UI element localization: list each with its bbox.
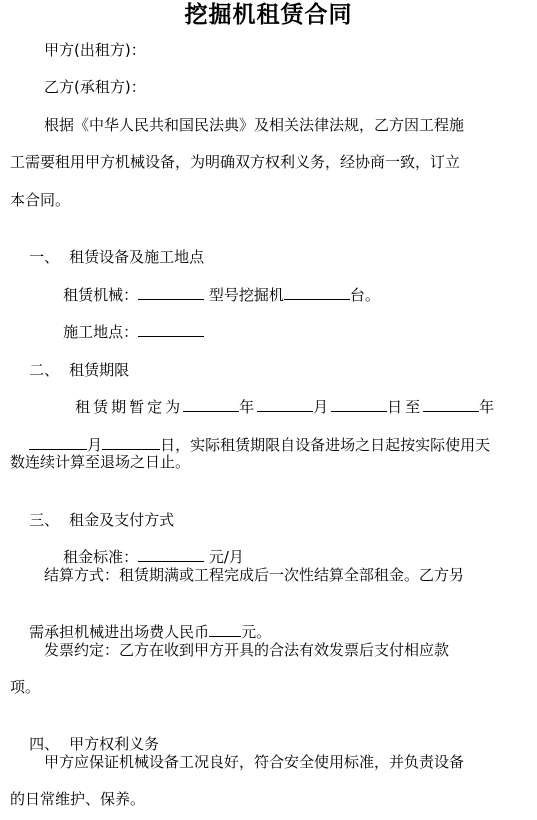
invoice-line-1: 发票约定：乙方在收到甲方开具的合法有效发票后支付相应款: [44, 640, 449, 660]
period-line-3: 数连续计算至退场之日止。: [10, 452, 190, 472]
preamble-line-1: 根据《中华人民共和国民法典》及相关法律法规，乙方因工程施: [44, 115, 464, 135]
section-4-number: 四、: [29, 735, 59, 753]
invoice-line-2: 项。: [10, 677, 40, 697]
unit-label: 台。: [350, 286, 380, 304]
preamble-line-3: 本合同。: [10, 190, 70, 210]
start-year-blank[interactable]: [183, 397, 239, 412]
model-label: 型号挖掘机: [209, 286, 284, 304]
rent-blank[interactable]: [138, 547, 204, 562]
settlement-fee-label: 需承担机械进出场费人民币: [29, 623, 209, 641]
site-label: 施工地点：: [63, 323, 138, 341]
quantity-blank[interactable]: [284, 285, 350, 300]
year-label: 年: [239, 398, 257, 416]
fee-blank[interactable]: [209, 622, 241, 637]
start-day-blank[interactable]: [331, 397, 387, 412]
fee-unit: 元。: [241, 623, 271, 641]
start-month-blank[interactable]: [257, 397, 313, 412]
rent-label: 租金标准：: [63, 548, 138, 566]
settlement-line-1: 结算方式：租赁期满或工程完成后一次性结算全部租金。乙方另: [44, 565, 464, 585]
year2-label: 年: [479, 398, 497, 416]
end-month-blank[interactable]: [29, 435, 87, 450]
party-a-label: 甲方(出租方)：: [44, 40, 146, 60]
section-1-number: 一、: [29, 248, 59, 266]
rent-unit: 元/月: [209, 548, 244, 566]
end-year-blank[interactable]: [423, 397, 479, 412]
document-title: 挖掘机租赁合同: [0, 0, 537, 29]
duty-line-2: 的日常维护、保养。: [10, 789, 145, 809]
end-day-blank[interactable]: [102, 435, 160, 450]
section-4-title: 甲方权利义务: [69, 735, 159, 753]
month-label: 月: [313, 398, 331, 416]
period-rest: 日，实际租赁期限自设备进场之日起按实际使用天: [160, 436, 490, 454]
period-prefix: 租赁期暂定为: [75, 398, 183, 416]
day-to-label: 日至: [387, 398, 423, 416]
party-b-label: 乙方(承租方)：: [44, 77, 146, 97]
site-blank[interactable]: [138, 322, 204, 337]
section-1-title: 租赁设备及施工地点: [69, 248, 204, 266]
preamble-line-2: 工需要租用甲方机械设备，为明确双方权利义务，经协商一致，订立: [10, 152, 460, 172]
duty-line-1: 甲方应保证机械设备工况良好，符合安全使用标准，并负责设备: [44, 752, 464, 772]
machine-blank[interactable]: [138, 285, 204, 300]
